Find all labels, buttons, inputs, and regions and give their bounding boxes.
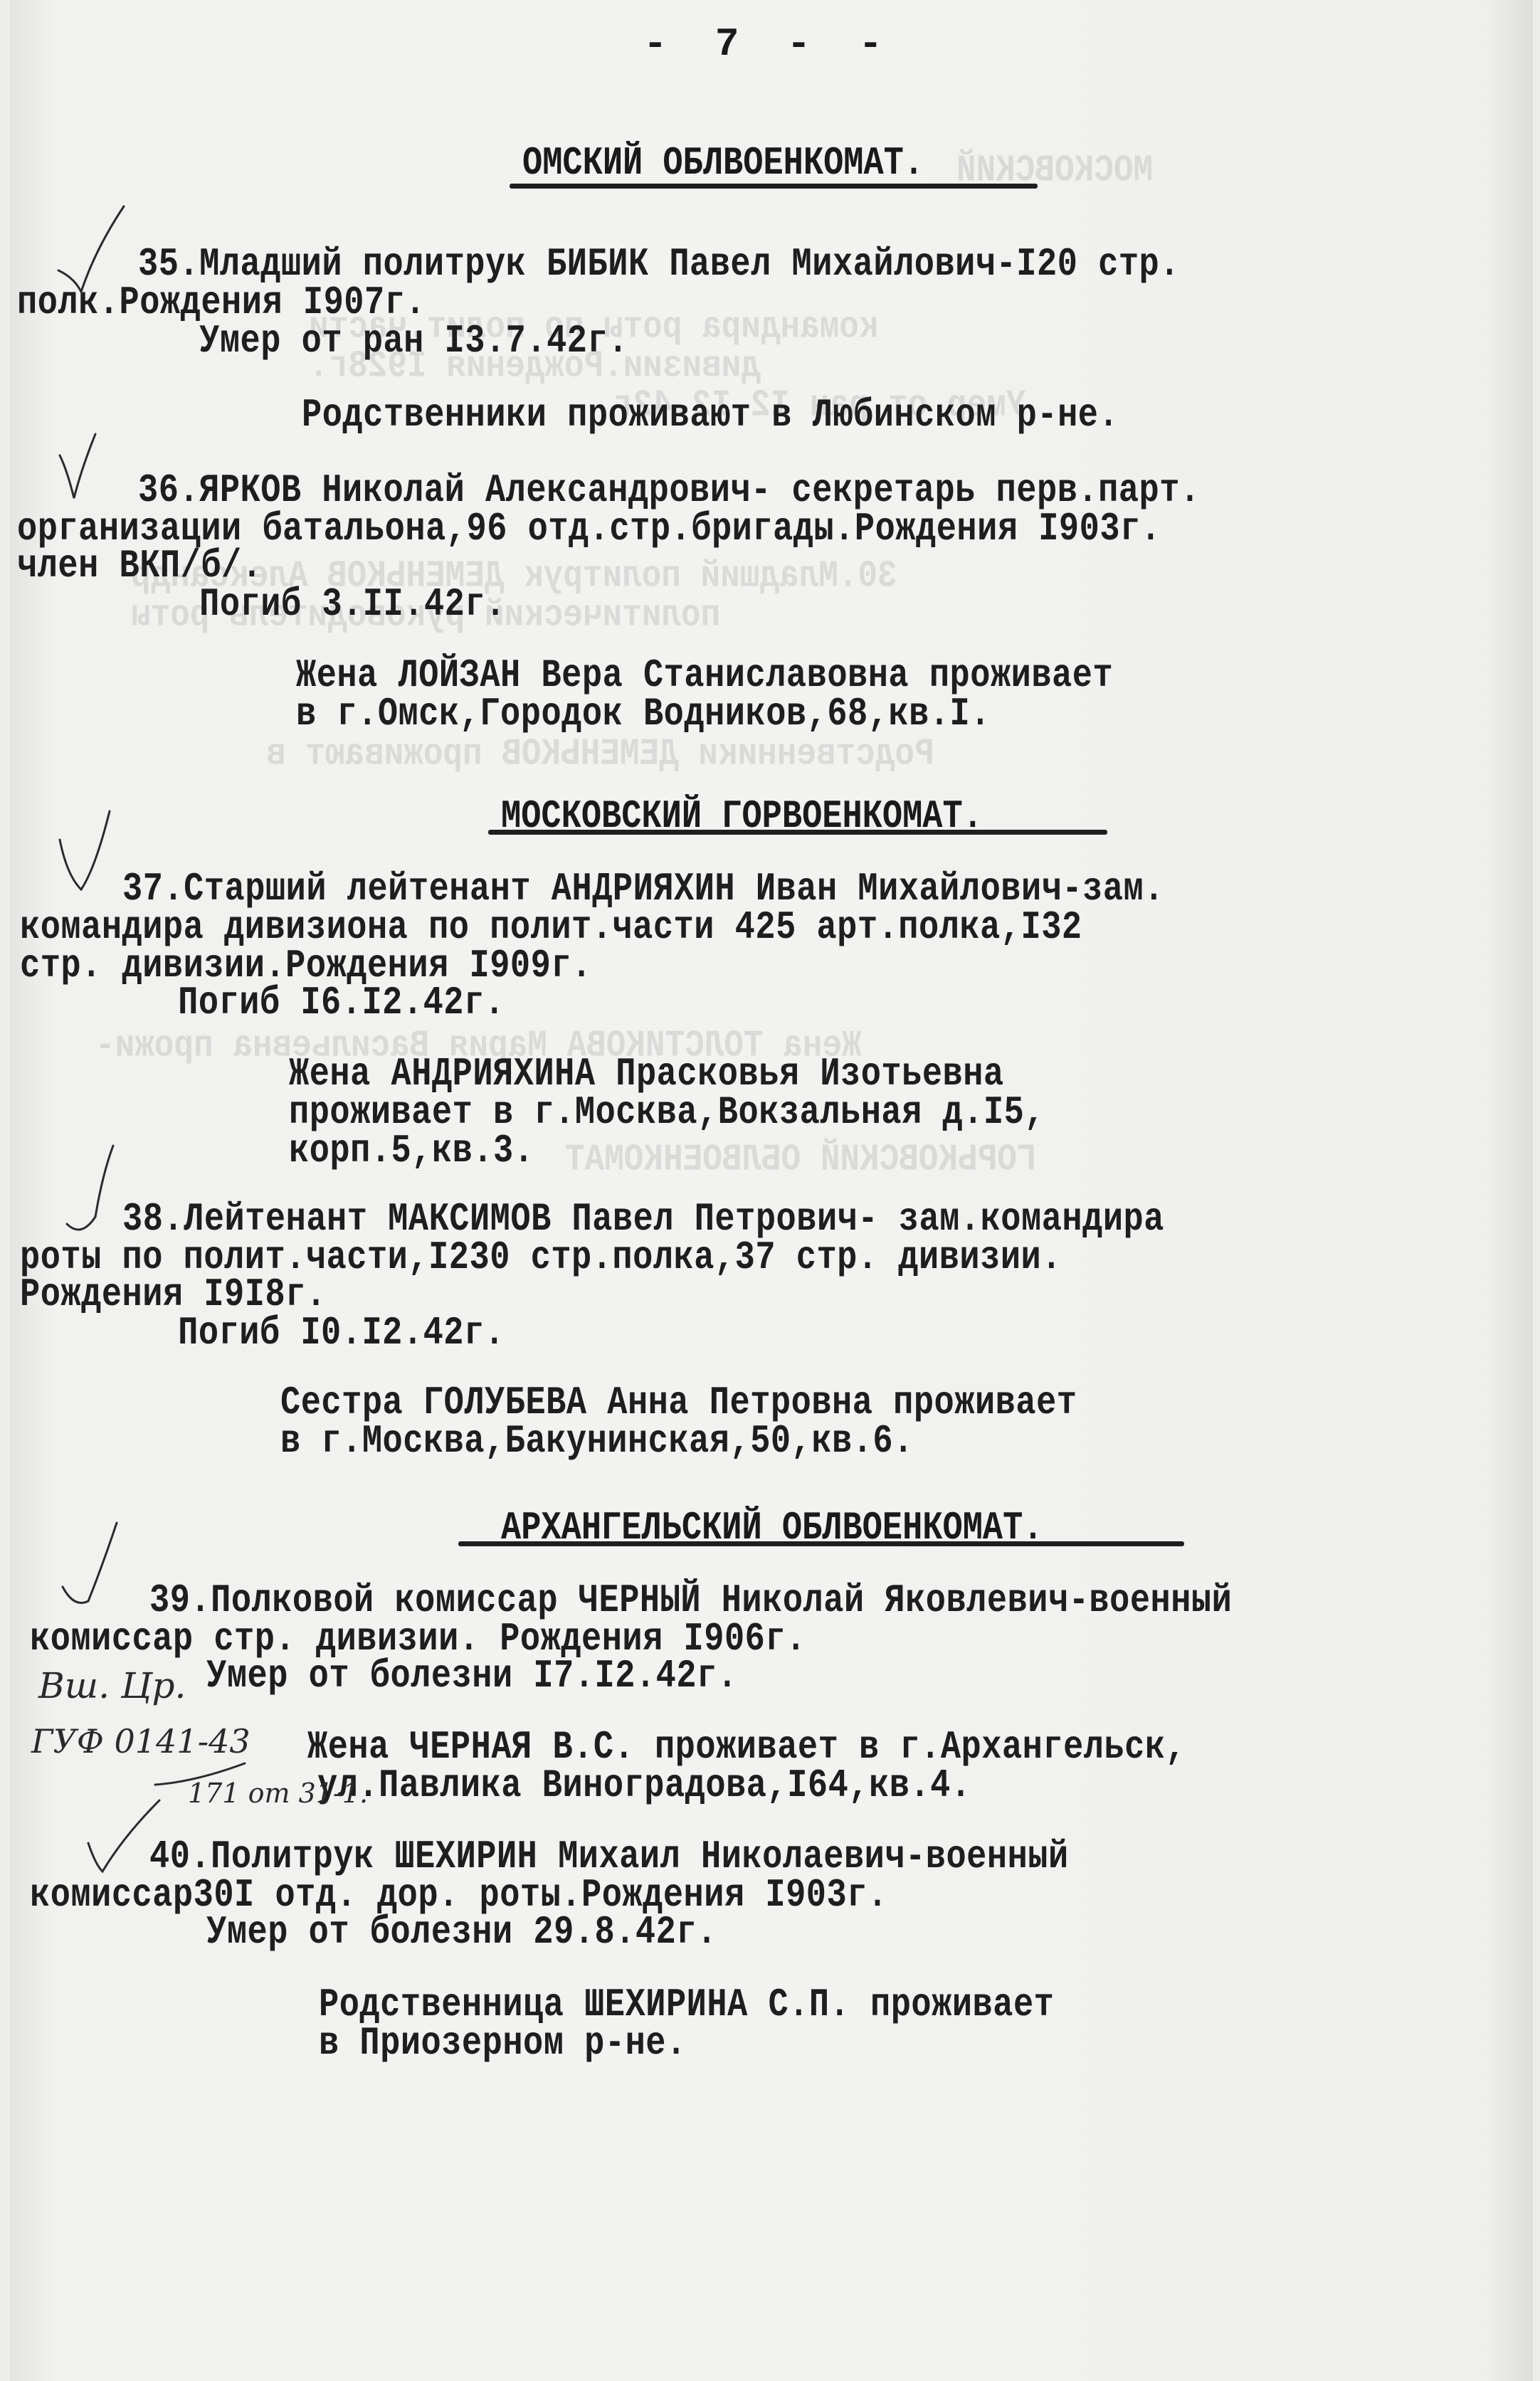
entry-38-relatives: в г.Москва,Бакунинская,50,кв.6.: [280, 1419, 914, 1466]
heading-underline: [458, 1541, 1184, 1546]
heading-underline: [510, 184, 1038, 189]
checkmark-icon: [53, 427, 138, 519]
page-number: - 7 - -: [643, 21, 882, 67]
entry-39-relatives: ул.Павлика Виноградова,I64,кв.4.: [317, 1763, 971, 1810]
checkmark-icon: [81, 1793, 167, 1886]
checkmark-icon: [53, 1146, 138, 1238]
bleed-through-text: Родственники ДЕМЕНЬКОВ проживают в: [266, 733, 934, 776]
entry-39-line: Умер от болезни I7.I2.42г.: [145, 1654, 737, 1701]
handwritten-note: ГУФ 0141-43: [31, 1722, 250, 1760]
entry-35-relatives: Родственники проживают в Любинском р-не.: [302, 393, 1119, 440]
entry-36-line: Погиб 3.II.42г.: [138, 582, 506, 629]
heading-underline: [488, 830, 1107, 835]
checkmark-icon: [53, 811, 138, 904]
entry-37-relatives: корп.5,кв.3.: [289, 1129, 534, 1176]
entry-37-line: Погиб I6.I2.42г.: [117, 981, 505, 1028]
handwritten-note: 171 от 31-1.: [188, 1778, 368, 1809]
document-page: МОСКОВСКИЙ командира роты по полит.части…: [10, 0, 1533, 2381]
entry-35-line: Умер от ран I3.7.42г.: [138, 319, 628, 366]
entry-38-line: Погиб I0.I2.42г.: [117, 1311, 505, 1358]
entry-36-relatives: в г.Омск,Городок Водников,68,кв.I.: [296, 692, 991, 739]
entry-40-relatives: в Приозерном р-не.: [319, 2021, 687, 2068]
bleed-through-heading: ГОРЬКОВСКИЙ ОБЛВОЕНКОМАТ: [565, 1139, 1037, 1181]
section-heading-omsk: ОМСКИЙ ОБЛВОЕНКОМАТ.: [522, 141, 924, 188]
checkmark-icon: [53, 206, 138, 299]
checkmark-icon: [53, 1523, 138, 1615]
handwritten-note: Вш. Цр.: [38, 1665, 186, 1706]
entry-40-line: Умер от болезни 29.8.42г.: [145, 1910, 717, 1957]
